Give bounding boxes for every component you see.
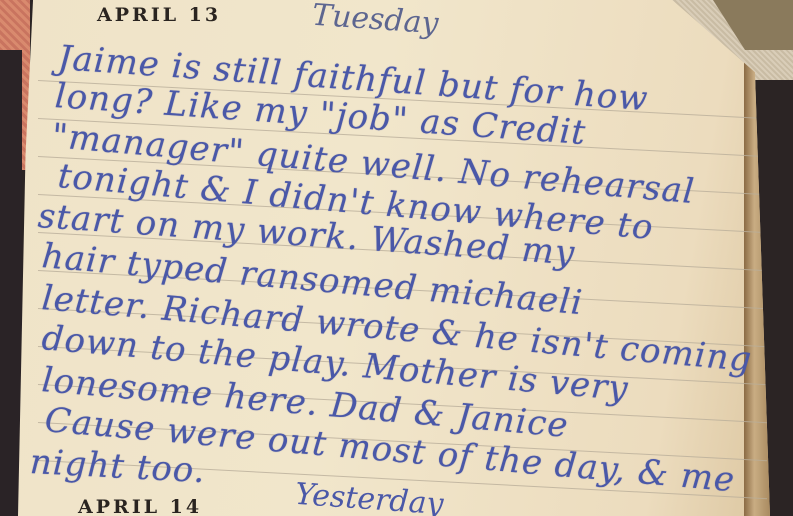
next-entry-date-header: APRIL 14 (78, 496, 202, 516)
entry-date-header: APRIL 13 (97, 4, 221, 26)
page-gutter (744, 60, 770, 516)
background-dark-edge (0, 50, 22, 516)
